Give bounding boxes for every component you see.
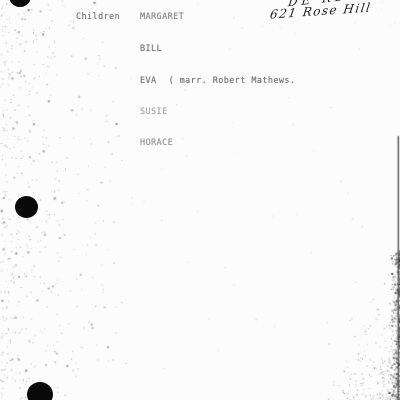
child-name-bill: BILL xyxy=(140,44,162,54)
typed-line: SUSIE xyxy=(140,107,180,117)
child-name-horace: HORACE xyxy=(140,138,173,148)
child-name-susie: SUSIE xyxy=(140,107,168,117)
children-label: Children xyxy=(76,12,120,22)
child-name-margaret: MARGARET xyxy=(140,12,184,22)
child-name-eva: EVA xyxy=(140,76,157,86)
hole-punch-bottom xyxy=(27,382,53,400)
typed-line: BILL xyxy=(140,44,174,54)
hole-punch-middle xyxy=(15,196,38,218)
typed-line: EVA( marr. Robert Mathews. xyxy=(140,76,295,86)
scan-noise-canvas xyxy=(0,0,400,400)
typed-line: HORACE xyxy=(140,138,185,148)
typed-line: MARGARET xyxy=(140,12,196,22)
child-note-eva: ( marr. Robert Mathews. xyxy=(169,76,296,86)
scanned-document-page: DE RD 621 Rose Hill Children MARGARET BI… xyxy=(0,0,400,400)
